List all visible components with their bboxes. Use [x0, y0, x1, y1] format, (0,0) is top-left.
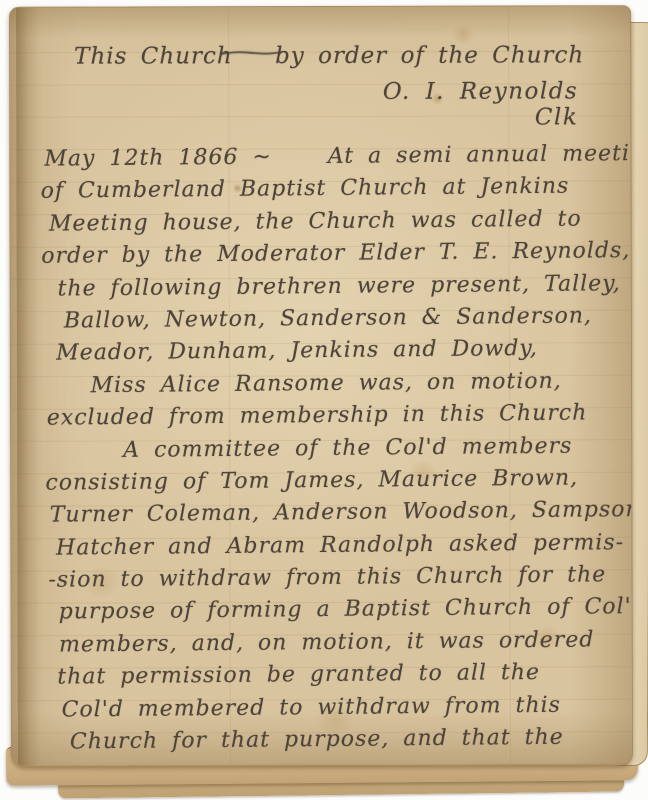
manuscript-line: that permission be granted to all the [57, 659, 625, 697]
manuscript-line: the following brethren were present, Tal… [57, 271, 621, 309]
manuscript-line: Hatcher and Abram Randolph asked permis- [56, 530, 624, 568]
header-annotation: This Church ~ by order of the Church [74, 42, 584, 69]
manuscript-line: A committee of the Col'd members [123, 433, 623, 470]
manuscript-line: members, and, on motion, it was ordered [59, 627, 625, 665]
manuscript-page: This Church ~ by order of the Church O. … [9, 5, 633, 767]
manuscript-line: purpose of forming a Baptist Church of C… [59, 595, 625, 633]
manuscript-line: Church for that purpose, and that the [70, 724, 626, 762]
manuscript-line: Meeting house, the Church was called to [49, 206, 621, 244]
squiggle-dash: ~ [165, 40, 343, 66]
manuscript-line: Meador, Dunham, Jenkins and Dowdy, [56, 335, 622, 373]
manuscript-line: Miss Alice Ransome was, on motion, [90, 368, 622, 405]
clerk-signature: O. I. Reynolds Clk [340, 78, 578, 131]
foxing-stain [450, 25, 476, 43]
manuscript-line: Ballow, Newton, Sanderson & Sanderson, [64, 303, 622, 341]
scan-background: This Church ~ by order of the Church O. … [0, 0, 648, 800]
manuscript-body: May 12th 1866 ~ At a semi annual meeting… [24, 141, 626, 762]
manuscript-line: Turner Coleman, Anderson Woodson, Sampso… [50, 497, 624, 535]
manuscript-line: Col'd membered to withdraw from this [62, 692, 626, 730]
